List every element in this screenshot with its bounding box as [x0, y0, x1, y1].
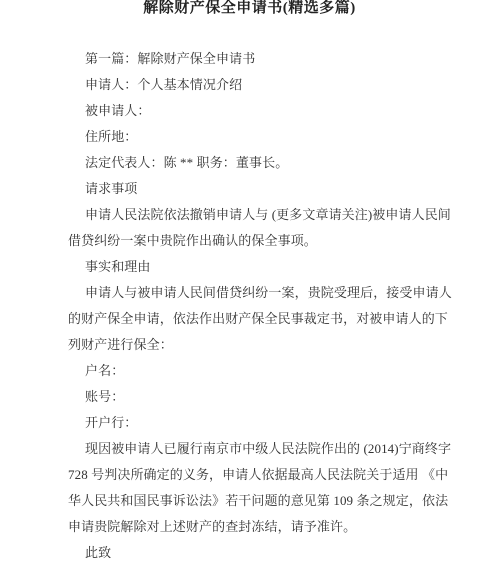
document-page: 解除财产保全申请书(精选多篇) 第一篇：解除财产保全申请书申请人：个人基本情况介…: [0, 0, 499, 564]
text-line: 被申请人：: [68, 98, 432, 124]
text-line: 账号：: [68, 384, 432, 410]
document-title: 解除财产保全申请书(精选多篇): [0, 0, 499, 17]
text-line: 请求事项: [68, 176, 432, 202]
text-line: 申请贵院解除对上述财产的查封冻结，请予准许。: [68, 514, 432, 540]
text-line: 法定代表人：陈 ** 职务：董事长。: [68, 150, 432, 176]
text-line: 此致: [68, 540, 432, 564]
text-line: 现因被申请人已履行南京市中级人民法院作出的 (2014)宁商终字: [68, 436, 432, 462]
text-line: 申请人：个人基本情况介绍: [68, 72, 432, 98]
text-line: 728 号判决所确定的义务，申请人依据最高人民法院关于适用 《中: [68, 462, 432, 488]
text-line: 住所地：: [68, 124, 432, 150]
text-line: 的财产保全申请，依法作出财产保全民事裁定书，对被申请人的下: [68, 306, 432, 332]
text-line: 户名：: [68, 358, 432, 384]
text-line: 列财产进行保全：: [68, 332, 432, 358]
text-line: 借贷纠纷一案中贵院作出确认的保全事项。: [68, 228, 432, 254]
text-line: 申请人民法院依法撤销申请人与 (更多文章请关注)被申请人民间: [68, 202, 432, 228]
text-line: 第一篇：解除财产保全申请书: [68, 46, 432, 72]
text-line: 开户行：: [68, 410, 432, 436]
text-line: 华人民共和国民事诉讼法》若干问题的意见第 109 条之规定，依法: [68, 488, 432, 514]
document-body: 第一篇：解除财产保全申请书申请人：个人基本情况介绍被申请人：住所地：法定代表人：…: [68, 46, 432, 564]
text-line: 申请人与被申请人民间借贷纠纷一案，贵院受理后，接受申请人: [68, 280, 432, 306]
text-line: 事实和理由: [68, 254, 432, 280]
